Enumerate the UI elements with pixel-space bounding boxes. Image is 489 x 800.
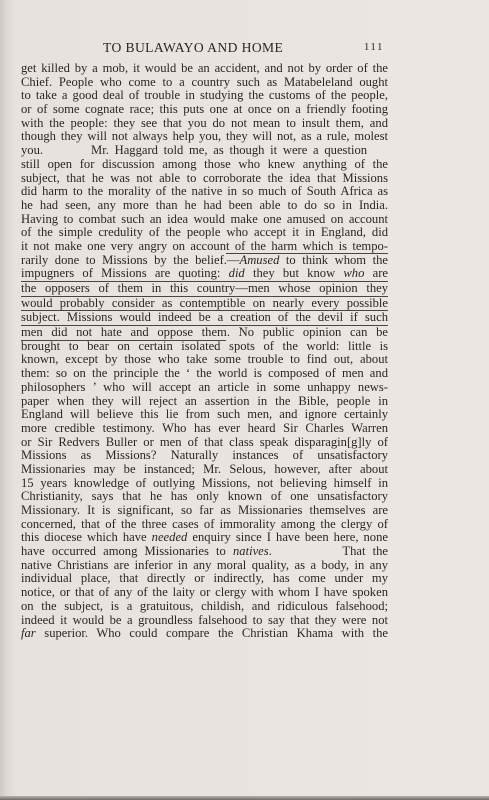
italic-emphasis: did <box>229 266 245 280</box>
underlined-line: would probably consider as contemptible … <box>21 297 388 312</box>
text-line: native Christians are inferior in any mo… <box>21 559 388 573</box>
text-segment: superior. Who could compare the Christia… <box>36 626 388 640</box>
text-line: Missionaries may be instanced; Mr. Selou… <box>21 463 388 477</box>
text-line: he had seen, any more than he had been a… <box>21 199 388 213</box>
text-segment: . <box>269 544 272 558</box>
text-line: Chief. People who come to a country such… <box>21 76 388 90</box>
underlined-line: men did not hate and oppose them. No pub… <box>21 326 388 340</box>
text-line: Having to combat such an idea would make… <box>21 213 388 227</box>
text-line: brought to bear on certain isolated spot… <box>21 340 388 354</box>
text-line: it not make one very angry on account of… <box>21 240 388 254</box>
text-segment: impugners of Missions are quoting: <box>21 266 229 280</box>
text-line: to take a good deal of trouble in studyi… <box>21 89 388 103</box>
text-line: indeed it would be a groundless falsehoo… <box>21 614 388 628</box>
underlined-line: the opposers of them in this country—men… <box>21 282 388 297</box>
text-line: on the subject, is a gratuitous, childis… <box>21 600 388 614</box>
text-line: Missions as Missions? Naturally instance… <box>21 449 388 463</box>
text-line: them: so on the principle the ‘ the worl… <box>21 367 388 381</box>
text-line: of the simple credulity of the people wh… <box>21 226 388 240</box>
italic-emphasis: needed <box>152 530 188 544</box>
italic-emphasis: Amused <box>240 253 280 267</box>
italic-emphasis: who <box>343 266 364 280</box>
text-segment: rarily done to Missions by the belief.— <box>21 253 240 267</box>
text-line: did harm to the morality of the native i… <box>21 185 388 199</box>
text-line: rarily done to Missions by the belief.—A… <box>21 254 388 268</box>
text-segment: you. <box>21 143 43 157</box>
text-line: or Sir Redvers Buller or men of that cla… <box>21 436 388 450</box>
text-line: still open for discussion among those wh… <box>21 158 388 172</box>
book-page: TO BULAWAYO AND HOME 111 get killed by a… <box>0 0 489 800</box>
text-line: or of some cognate race; this puts one a… <box>21 103 388 117</box>
italic-emphasis: far <box>21 626 36 640</box>
text-segment: That the <box>342 545 388 559</box>
text-line: this diocese which have needed enquiry s… <box>21 531 388 545</box>
running-header: TO BULAWAYO AND HOME 111 <box>21 40 388 58</box>
text-line: more credible testimony. Who has ever he… <box>21 422 388 436</box>
text-segment: to think whom the <box>279 253 388 267</box>
text-line: Missionary. It is significant, so far as… <box>21 504 388 518</box>
text-line: individual place, that directly or indir… <box>21 572 388 586</box>
text-line: 15 years knowledge of outlying Missions,… <box>21 477 388 491</box>
text-line: with the people: they see that you do no… <box>21 117 388 131</box>
text-segment: enquiry since I have been here, none <box>187 530 388 544</box>
page-bottom-edge <box>0 796 489 800</box>
text-line: subject, that he was not able to corrobo… <box>21 172 388 186</box>
text-line: paper when they will reject an assertion… <box>21 395 388 409</box>
text-line: concerned, that of the three cases of im… <box>21 518 388 532</box>
text-line: have occurred among Missionaries to nati… <box>21 545 388 559</box>
text-line: far superior. Who could compare the Chri… <box>21 627 388 641</box>
text-line: get killed by a mob, it would be an acci… <box>21 62 388 76</box>
text-segment: this diocese which have <box>21 530 152 544</box>
underlined-line: subject. Missions would indeed be a crea… <box>21 311 388 326</box>
text-segment: they but know <box>245 266 344 280</box>
underlined-line: impugners of Missions are quoting: did t… <box>21 267 388 282</box>
body-text: get killed by a mob, it would be an acci… <box>21 62 388 641</box>
text-segment: Mr. Haggard told me, as though it were a… <box>91 144 367 158</box>
text-line: though they will not always help you, th… <box>21 130 388 144</box>
text-line: philosophers ’ who will accept an articl… <box>21 381 388 395</box>
text-line: Christianity, says that he has only know… <box>21 490 388 504</box>
text-line: known, except by those who take some tro… <box>21 353 388 367</box>
text-line: England will believe this lie from such … <box>21 408 388 422</box>
text-line: you.Mr. Haggard told me, as though it we… <box>21 144 388 158</box>
text-line: notice, or that of any of the laity or c… <box>21 586 388 600</box>
italic-emphasis: natives <box>233 544 269 558</box>
text-segment: have occurred among Missionaries to <box>21 544 233 558</box>
running-title: TO BULAWAYO AND HOME <box>103 40 283 56</box>
page-number: 111 <box>364 41 384 53</box>
text-segment: are <box>364 266 388 280</box>
